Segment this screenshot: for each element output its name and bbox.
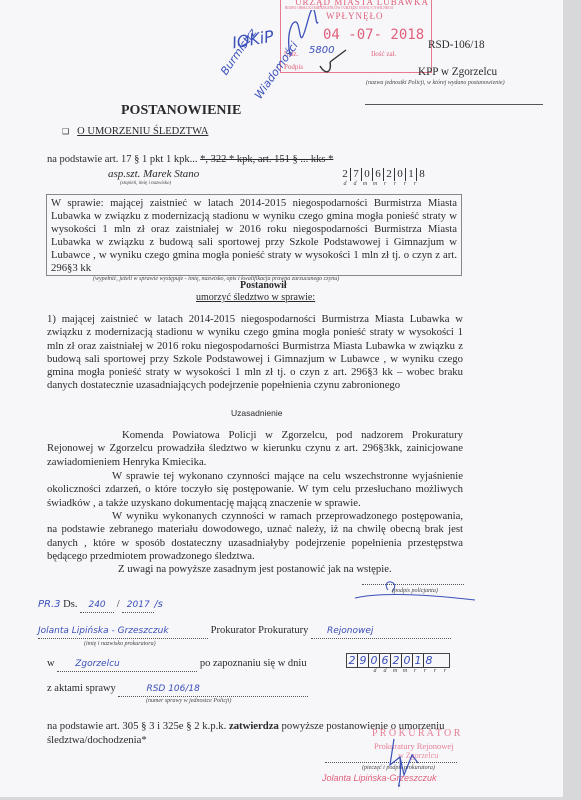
date-issued: 27062018 ddmmrrrr [340, 168, 427, 187]
signature-check-icon [318, 48, 348, 76]
justification-paragraph-2: W sprawie tej wykonano czynności mające … [47, 470, 463, 510]
ds-label: Ds. [63, 599, 77, 610]
place-value: Zgorzelcu [75, 659, 120, 669]
decision-subheading: umorzyć śledztwo w sprawie: [196, 292, 315, 303]
police-unit-name: KPP w Zgorzelcu [418, 65, 497, 79]
files-caption: (numer sprawy w jednostce Policji) [146, 698, 231, 704]
justification-paragraph-1: Komenda Powiatowa Policji w Zgorzelcu, p… [47, 429, 463, 469]
approval-bold: zatwierdza [229, 720, 279, 732]
document-page: URZĄD MIASTA LUBAWKA BIURO OBSŁUGI MIESZ… [0, 0, 563, 797]
prosecutor-office: Rejonowej [327, 626, 373, 636]
stamp-field2-label: Ilość zał. [371, 50, 396, 58]
date-issued-digits: 27062018 [340, 168, 427, 181]
police-unit-caption: (nazwa jednostki Policji, w której wydan… [366, 80, 505, 86]
ds-suffix: /s [154, 599, 163, 610]
prosecutor-name-caption: (imię i nazwisko prokuratora) [84, 641, 156, 647]
review-date-digits: 29062018 [346, 653, 450, 668]
checkbox-icon[interactable]: ❑ [62, 127, 69, 136]
files-line: z aktami sprawy RSD 106/18 [47, 682, 308, 697]
page-title: POSTANOWIENIE [121, 103, 241, 119]
stamp-date: 04 -07- 2018 [323, 27, 424, 43]
case-description-text: W sprawie: mającej zaistnieć w latach 20… [51, 197, 457, 275]
files-value: RSD 106/18 [146, 684, 199, 694]
justification-heading: Uzasadnienie [231, 408, 283, 418]
ds-number: 240 [88, 600, 105, 610]
justification-paragraph-3: W wyniku wykonanych czynności w ramach p… [47, 510, 463, 563]
decision-heading: Postanowił [240, 280, 287, 291]
officer-caption: (stopień, imię i nazwisko) [120, 181, 171, 186]
review-label: po zapoznaniu się w dniu [200, 658, 307, 669]
officer-signature-caption: (podpis policjanta) [392, 588, 438, 594]
prosecutor-label: Prokurator Prokuratury [211, 625, 309, 636]
ds-prefix: PR.3 [38, 599, 61, 610]
review-date-labels: ddmmrrrr [370, 668, 450, 674]
legal-basis-prefix: na podstawie art. 17 § 1 pkt 1 kpk... [47, 154, 197, 165]
officer-name: asp.szt. Marek Stano [108, 168, 199, 180]
subtitle-text: O UMORZENIU ŚLEDZTWA [77, 126, 208, 137]
date-issued-labels: ddmmrrrr [340, 181, 427, 187]
subtitle: ❑O UMORZENIU ŚLEDZTWA [62, 125, 208, 139]
justification-paragraph-4: Z uwagi na powyższe zasadnym jest postan… [118, 563, 392, 575]
decision-text: 1) mającej zaistnieć w latach 2014-2015 … [47, 313, 463, 393]
ds-line: PR.3 Ds. 240 / 2017/s [38, 598, 163, 613]
place-label: w [47, 658, 55, 669]
prosecutor-line: Jolanta Lipińska - Grzeszczuk Prokurator… [38, 624, 451, 639]
stamp-received-label: WPŁYNĘŁO [326, 11, 384, 21]
files-label: z aktami sprawy [47, 683, 116, 694]
prosecutor-signature-icon [382, 735, 422, 791]
legal-basis: na podstawie art. 17 § 1 pkt 1 kpk... *,… [47, 153, 333, 167]
header-divider [365, 104, 543, 105]
legal-basis-struck: *, 322 * kpk, art. 151 § ... kks * [200, 154, 333, 165]
approval-prefix: na podstawie art. 305 § 3 i 325e § 2 k.p… [47, 720, 226, 732]
case-number: RSD-106/18 [428, 38, 485, 52]
place-line: w Zgorzelcu po zapoznaniu się w dniu [47, 657, 307, 672]
prosecutor-name: Jolanta Lipińska - Grzeszczuk [38, 626, 169, 636]
case-description-box: W sprawie: mającej zaistnieć w latach 20… [46, 194, 462, 276]
signature-scribble-icon [280, 10, 320, 60]
ds-year: 2017 [127, 600, 150, 610]
review-date: 29062018 ddmmrrrr [346, 653, 450, 674]
